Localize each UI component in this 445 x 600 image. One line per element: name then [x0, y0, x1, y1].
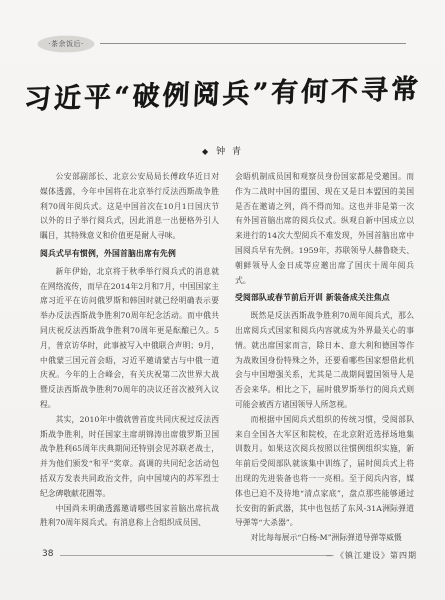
- paragraph: 对比每每展示“白杨-M”洲际弹道导弹等威慑: [235, 531, 414, 546]
- section-heading: 受阅部队或春节前后开训 新装备成关注焦点: [235, 291, 414, 306]
- column-right: 会晤机制成员国和观察员身份国家都是受邀国。而作为二战时中国的盟国、现在又是日本盟…: [235, 170, 414, 556]
- magazine-page: ·茶余饭后· 习近平“破例阅兵”有何不寻常 ◆钟 青 公安部副部长、北京公安局局…: [0, 0, 445, 600]
- page-number: 38: [42, 549, 53, 559]
- paragraph: 会晤机制成员国和观察员身份国家都是受邀国。而作为二战时中国的盟国、现在又是日本盟…: [235, 170, 414, 288]
- author-name: 钟 青: [216, 147, 243, 157]
- paragraph: 公安部副部长、北京公安局局长傅政华近日对媒体透露，今年中国将在北京举行反法西斯战…: [40, 170, 219, 244]
- author-line: ◆钟 青: [0, 144, 445, 157]
- paragraph: 而根据中国阅兵式组织的传统习惯，受阅部队来自全国各大军区和院校，在北京附近选择场…: [235, 413, 414, 531]
- paragraph: 其实，2010年中俄就曾首度共同庆祝过反法西斯战争胜利，时任国家主席胡锦涛出席俄…: [40, 413, 219, 502]
- footer-dash: —: [326, 551, 334, 560]
- header-rule: [100, 43, 406, 44]
- section-heading: 阅兵式早有惯例，外国首脑出席有先例: [40, 247, 219, 262]
- article-title: 习近平“破例阅兵”有何不寻常: [0, 66, 445, 117]
- column-left: 公安部副部长、北京公安局局长傅政华近日对媒体透露，今年中国将在北京举行反法西斯战…: [40, 170, 219, 556]
- journal-issue-label: 《镇江建设》第四期: [336, 551, 417, 560]
- paragraph: 既然是反法西斯战争胜利70周年阅兵式，那么出席阅兵式国家和阅兵内容就成为外界最关…: [235, 309, 414, 413]
- section-badge: ·茶余饭后·: [38, 36, 94, 52]
- paragraph: 新年伊始，北京将于秋季举行阅兵式的消息就在网络流传，而早在2014年2月和7月，…: [40, 265, 219, 413]
- article-columns: 公安部副部长、北京公安局局长傅政华近日对媒体透露，今年中国将在北京举行反法西斯战…: [40, 170, 414, 556]
- paragraph: 中国尚未明确透露邀请哪些国家首脑出席抗战胜利70周年阅兵式。有消息称上合组织成员…: [40, 502, 219, 532]
- diamond-icon: ◆: [202, 147, 210, 156]
- footer-rule: [60, 555, 332, 556]
- section-badge-label: ·茶余饭后·: [48, 39, 83, 49]
- journal-issue: —《镇江建设》第四期: [326, 550, 417, 561]
